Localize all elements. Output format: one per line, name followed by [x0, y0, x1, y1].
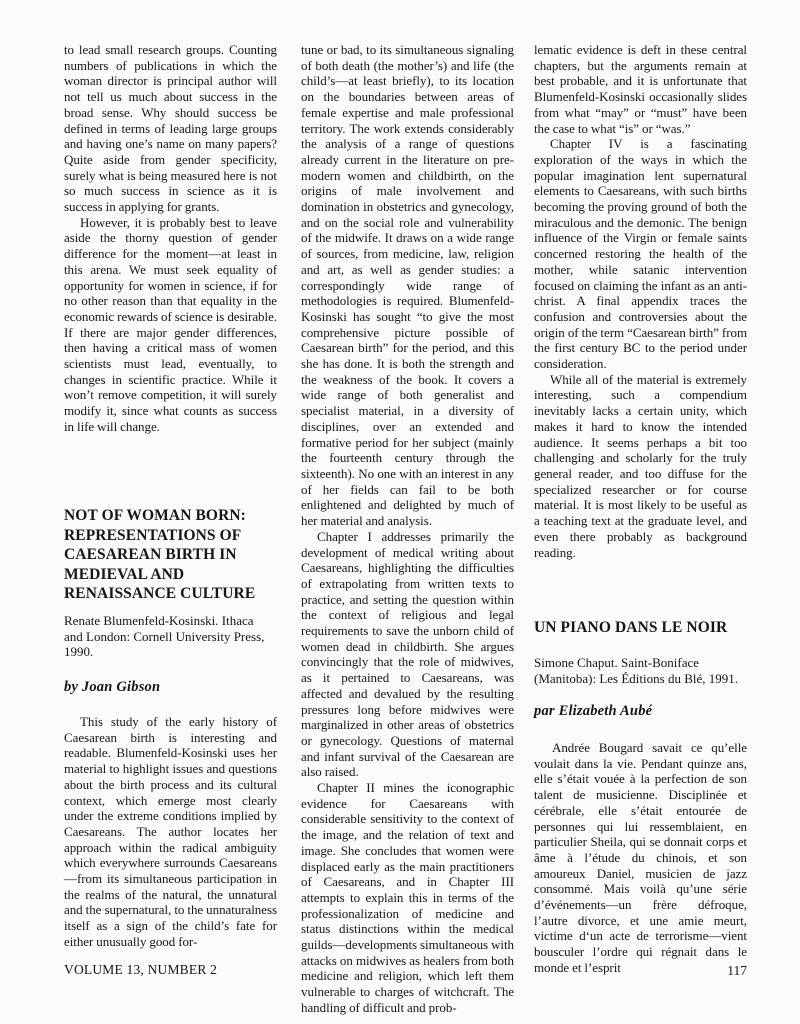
- body-paragraph: Andrée Bougard savait ce qu’elle voulait…: [534, 740, 747, 976]
- review-title-not-of-woman-born: NOT OF WOMAN BORN: REPRESENTATIONS OF CA…: [64, 506, 277, 604]
- left-column-flow: to lead small research groups. Counting …: [64, 42, 277, 435]
- body-paragraph: However, it is probably best to leave as…: [64, 215, 277, 435]
- column-middle: tune or bad, to its simultaneous signali…: [301, 42, 514, 1016]
- column-left: to lead small research groups. Counting …: [64, 42, 277, 435]
- body-paragraph: Chapter II mines the iconographic eviden…: [301, 780, 514, 1016]
- review-byline: par Elizabeth Aubé: [534, 703, 747, 720]
- footer-volume: VOLUME 13, NUMBER 2: [64, 962, 217, 978]
- body-paragraph: While all of the material is extremely i…: [534, 372, 747, 560]
- column-right: lematic evidence is deft in these centra…: [534, 42, 747, 560]
- body-paragraph: to lead small research groups. Counting …: [64, 42, 277, 215]
- journal-page: to lead small research groups. Counting …: [0, 0, 800, 1024]
- right-column-flow: lematic evidence is deft in these centra…: [534, 42, 747, 560]
- footer-page-number: 117: [640, 963, 747, 979]
- review-byline: by Joan Gibson: [64, 679, 277, 696]
- body-paragraph: tune or bad, to its simultaneous signali…: [301, 42, 514, 529]
- body-paragraph: This study of the early history of Caesa…: [64, 714, 277, 950]
- body-paragraph: Chapter IV is a fascinating exploration …: [534, 136, 747, 372]
- review-citation: Simone Chaput. Saint-Boniface (Manitoba)…: [534, 655, 747, 686]
- review-title-un-piano-dans-le-noir: UN PIANO DANS LE NOIR: [534, 618, 747, 638]
- review-citation: Renate Blumenfeld-Kosinski. Ithaca and L…: [64, 613, 277, 660]
- body-paragraph: Chapter I addresses primarily the develo…: [301, 529, 514, 780]
- body-paragraph: lematic evidence is deft in these centra…: [534, 42, 747, 136]
